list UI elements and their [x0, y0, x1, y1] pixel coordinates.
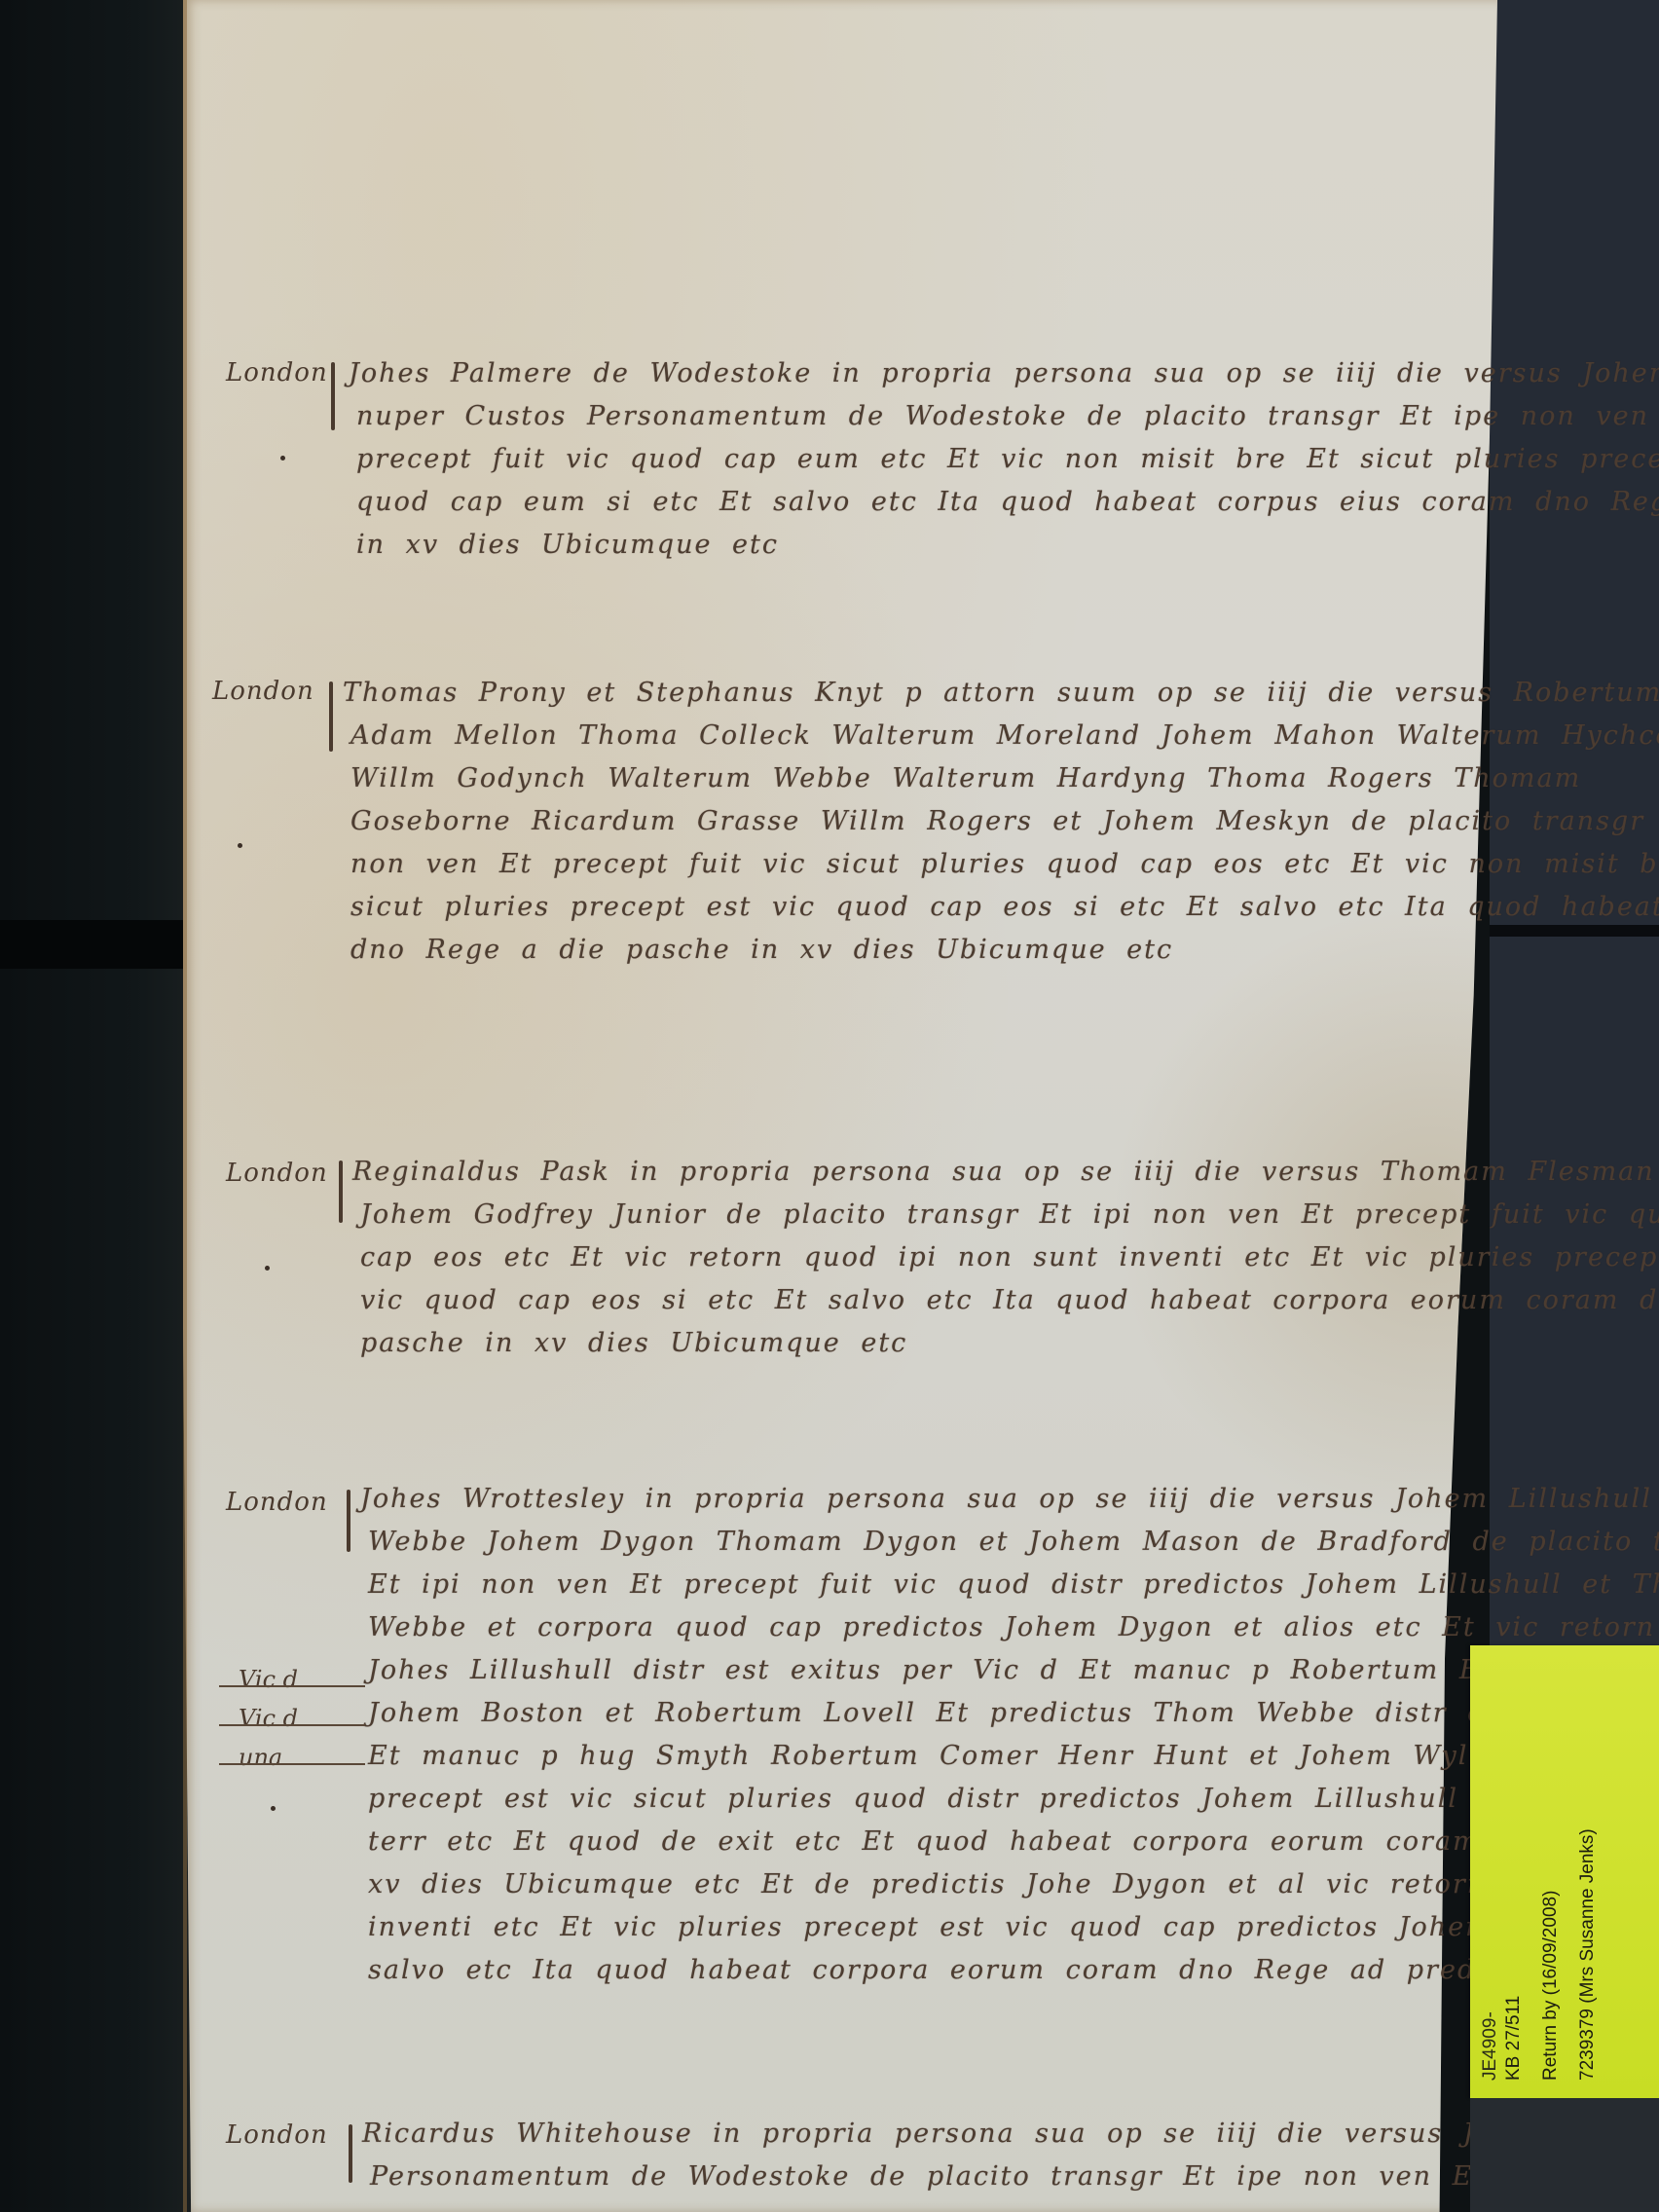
- entry-bracket: [349, 2124, 352, 2183]
- entry-line: vic quod cap eos si etc Et salvo etc Ita…: [352, 1279, 1659, 1322]
- entry-line: Willm Godynch Walterum Webbe Walterum Ha…: [343, 757, 1659, 800]
- label-reference: KB 27/511: [1495, 1645, 1532, 2098]
- background-below-label: [1470, 2098, 1659, 2212]
- entry-bracket: [331, 362, 335, 430]
- entry-line: quod cap eum si etc Et salvo etc Ita quo…: [349, 481, 1659, 524]
- label-return-by: Return by (16/09/2008): [1532, 1645, 1569, 2098]
- entry-line: dno Rege a die pasche in xv dies Ubicumq…: [343, 929, 1659, 972]
- margin-dot: [238, 843, 242, 848]
- entry-line: Goseborne Ricardum Grasse Willm Rogers e…: [343, 800, 1659, 843]
- entry-line: Adam Mellon Thoma Colleck Walterum Morel…: [343, 715, 1659, 757]
- entry-text: Thomas Prony et Stephanus Knyt p attorn …: [343, 672, 1659, 972]
- archive-loan-label: JE4909- KB 27/511 Return by (16/09/2008)…: [1470, 1645, 1659, 2098]
- entry-bracket: [329, 682, 333, 752]
- entry-line: nuper Custos Personamentum de Wodestoke …: [349, 395, 1659, 438]
- entry-line: precept fuit vic quod cap eum etc Et vic…: [349, 438, 1659, 481]
- margin-note-london: London: [226, 2120, 328, 2150]
- margin-note-london: London: [226, 1488, 328, 1517]
- entry-text: Reginaldus Pask in propria persona sua o…: [352, 1151, 1659, 1365]
- margin-note-london: London: [226, 1159, 328, 1188]
- label-line-partial: JE4909-: [1456, 1645, 1495, 2098]
- entry-bracket: [339, 1161, 343, 1223]
- margin-annotation: una: [229, 1738, 355, 1777]
- entry-line: Ricardus Whitehouse in propria persona s…: [362, 2113, 1659, 2156]
- margin-annotations-stack: Vic d Vic d una: [229, 1660, 355, 1777]
- entry-bracket: [347, 1490, 350, 1552]
- entry-line: Webbe et corpora quod cap predictos Johe…: [360, 1606, 1659, 1649]
- entry-line: pasche in xv dies Ubicumque etc: [352, 1322, 1659, 1365]
- label-reader: 7239379 (Mrs Susanne Jenks): [1569, 1645, 1606, 2098]
- entry-line: non ven Et precept fuit vic sicut plurie…: [343, 843, 1659, 886]
- margin-note-london: London: [212, 677, 314, 706]
- entry-line: in xv dies Ubicumque etc: [349, 524, 1659, 567]
- entry-line: Webbe Johem Dygon Thomam Dygon et Johem …: [360, 1521, 1659, 1564]
- entry-line: Johem Godfrey Junior de placito transgr …: [352, 1194, 1659, 1236]
- label-text-block: JE4909- KB 27/511 Return by (16/09/2008)…: [1470, 1645, 1659, 2098]
- entry-line: Johes Palmere de Wodestoke in propria pe…: [349, 352, 1659, 395]
- background-left: [0, 0, 195, 2212]
- margin-dot: [271, 1806, 276, 1811]
- parchment-left-edge: [183, 0, 187, 2212]
- entry-line: Personamentum de Wodestoke de placito tr…: [362, 2156, 1659, 2198]
- entry-line: cap eos etc Et vic retorn quod ipi non s…: [352, 1236, 1659, 1279]
- entry-text: Ricardus Whitehouse in propria persona s…: [362, 2113, 1659, 2198]
- margin-annotation: Vic d: [229, 1660, 355, 1699]
- entry-line: Johes Wrottesley in propria persona sua …: [360, 1478, 1659, 1521]
- photo-stage: London Johes Palmere de Wodestoke in pro…: [0, 0, 1659, 2212]
- margin-dot: [265, 1266, 270, 1271]
- margin-annotation: Vic d: [229, 1699, 355, 1738]
- entry-line: sicut pluries precept est vic quod cap e…: [343, 886, 1659, 929]
- margin-dot: [280, 456, 285, 461]
- entry-line: Thomas Prony et Stephanus Knyt p attorn …: [343, 672, 1659, 715]
- entry-line: Reginaldus Pask in propria persona sua o…: [352, 1151, 1659, 1194]
- entry-text: Johes Palmere de Wodestoke in propria pe…: [349, 352, 1659, 567]
- background-left-shadow-band: [0, 920, 195, 969]
- entry-line: Et ipi non ven Et precept fuit vic quod …: [360, 1564, 1659, 1606]
- margin-note-london: London: [226, 358, 328, 387]
